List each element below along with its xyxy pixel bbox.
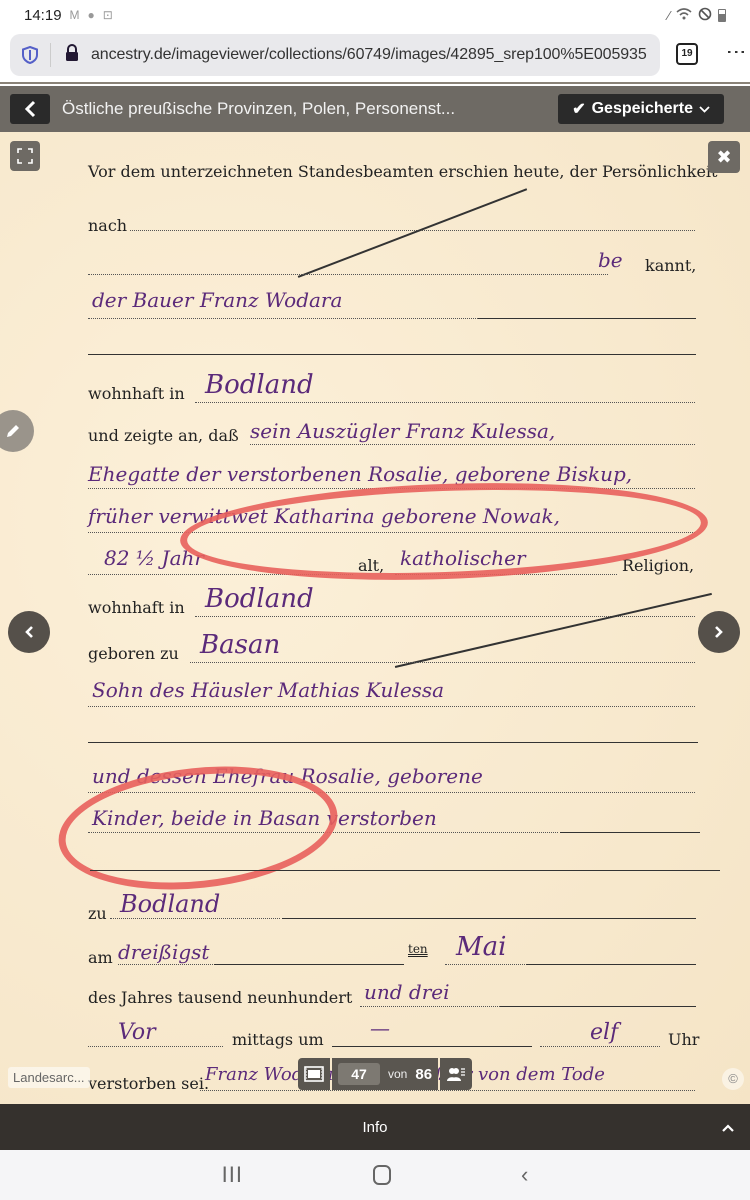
handwriting: und drei bbox=[364, 980, 450, 1004]
browser-toolbar: ancestry.de/imageviewer/collections/6074… bbox=[0, 30, 750, 84]
handwriting: sein Auszügler Franz Kulessa, bbox=[250, 419, 555, 443]
battery-icon bbox=[718, 9, 726, 22]
status-bar: 14:19 M ● ⊡ ∕ bbox=[0, 0, 750, 30]
tab-switcher-button[interactable]: 19 bbox=[676, 43, 698, 65]
dotted-line bbox=[88, 706, 695, 707]
previous-image-button[interactable] bbox=[8, 611, 50, 653]
form-text: Vor dem unterzeichneten Standesbeamten e… bbox=[88, 162, 717, 181]
system-back-button[interactable]: ‹ bbox=[521, 1162, 528, 1188]
index-panel-button[interactable] bbox=[440, 1058, 472, 1090]
url-text[interactable]: ancestry.de/imageviewer/collections/6074… bbox=[91, 46, 647, 64]
form-text: am bbox=[88, 948, 113, 967]
form-text: mittags um bbox=[232, 1030, 324, 1049]
form-text: verstorben sei. bbox=[88, 1074, 209, 1093]
back-button[interactable] bbox=[10, 94, 50, 124]
handwriting: be bbox=[598, 248, 623, 272]
notification-icon: ● bbox=[88, 8, 95, 22]
dotted-line bbox=[88, 318, 478, 319]
solid-line bbox=[526, 964, 696, 965]
form-text: des Jahres tausend neunhundert bbox=[88, 988, 352, 1007]
dotted-line bbox=[360, 1006, 500, 1007]
gmail-icon: M bbox=[70, 8, 80, 22]
clock: 14:19 bbox=[24, 7, 62, 24]
page-indicator: 47 von 86 bbox=[332, 1058, 438, 1090]
filmstrip-icon bbox=[304, 1066, 324, 1082]
pencil-icon bbox=[4, 422, 22, 440]
image-pager: 47 von 86 bbox=[298, 1058, 472, 1090]
pen-icon: ∕ bbox=[668, 8, 670, 23]
collection-title: Östliche preußische Provinzen, Polen, Pe… bbox=[62, 99, 455, 119]
translate-icon: ⊡ bbox=[103, 8, 113, 22]
source-label[interactable]: Landesarc... bbox=[8, 1067, 90, 1088]
dotted-line bbox=[250, 444, 695, 445]
dotted-line bbox=[445, 964, 525, 965]
saved-dropdown-button[interactable]: ✔ Gespeicherte bbox=[558, 94, 724, 124]
solid-line bbox=[332, 1046, 532, 1047]
dotted-line bbox=[88, 1046, 223, 1047]
lock-icon[interactable] bbox=[65, 44, 79, 67]
form-text: zu bbox=[88, 904, 107, 923]
viewer-header: Östliche preußische Provinzen, Polen, Pe… bbox=[0, 86, 750, 132]
dotted-line bbox=[195, 402, 695, 403]
dotted-line bbox=[195, 616, 695, 617]
dotted-line bbox=[540, 1046, 660, 1047]
record-image[interactable]: Vor dem unterzeichneten Standesbeamten e… bbox=[0, 132, 750, 1104]
checkmark-icon: ✔ bbox=[572, 99, 585, 119]
handwriting: Bodland bbox=[120, 890, 220, 918]
form-text: nach bbox=[88, 216, 127, 235]
more-menu-icon[interactable]: ⋮ bbox=[726, 42, 746, 62]
recent-apps-button[interactable]: III bbox=[222, 1162, 243, 1188]
handwriting: Bodland bbox=[205, 584, 314, 614]
solid-line bbox=[282, 918, 696, 919]
handwriting: Sohn des Häusler Mathias Kulessa bbox=[92, 678, 444, 702]
handwriting: Ehegatte der verstorbenen Rosalie, gebor… bbox=[88, 462, 632, 486]
dotted-line bbox=[118, 964, 213, 965]
solid-line bbox=[500, 1006, 696, 1007]
of-label: von bbox=[388, 1067, 407, 1081]
form-text: kannt, bbox=[645, 256, 696, 275]
solid-line bbox=[90, 870, 720, 871]
handwriting: der Bauer Franz Wodara bbox=[92, 288, 342, 312]
dotted-line bbox=[190, 662, 695, 663]
strike-line bbox=[395, 593, 712, 668]
saved-label: Gespeicherte bbox=[592, 100, 693, 118]
dotted-line bbox=[200, 1090, 695, 1091]
solid-line bbox=[214, 964, 404, 965]
next-image-button[interactable] bbox=[698, 611, 740, 653]
people-list-icon bbox=[446, 1066, 466, 1082]
info-label: Info bbox=[362, 1119, 387, 1136]
divider bbox=[50, 43, 51, 67]
form-text: ten bbox=[408, 942, 428, 956]
chevron-up-icon bbox=[722, 1119, 734, 1135]
dotted-line bbox=[88, 274, 608, 275]
expand-icon bbox=[16, 147, 34, 165]
solid-line bbox=[478, 318, 696, 319]
fullscreen-button[interactable] bbox=[10, 141, 40, 171]
android-nav-bar: III ‹ bbox=[0, 1150, 750, 1200]
handwriting: dreißigst bbox=[118, 940, 209, 964]
wifi-icon bbox=[676, 7, 692, 24]
chevron-right-icon bbox=[714, 625, 724, 639]
chevron-down-icon bbox=[699, 102, 710, 116]
form-text: geboren zu bbox=[88, 644, 179, 663]
address-bar[interactable]: ancestry.de/imageviewer/collections/6074… bbox=[10, 34, 660, 76]
shield-icon[interactable] bbox=[10, 46, 50, 64]
tools-button[interactable]: ✖ bbox=[708, 141, 740, 173]
handwriting: elf bbox=[590, 1020, 618, 1045]
solid-line bbox=[560, 832, 700, 833]
wrench-screwdriver-icon: ✖ bbox=[716, 147, 731, 168]
dotted-line bbox=[110, 918, 280, 919]
solid-line bbox=[88, 742, 698, 743]
info-panel-toggle[interactable]: Info bbox=[0, 1104, 750, 1150]
filmstrip-button[interactable] bbox=[298, 1058, 330, 1090]
form-text: Uhr bbox=[668, 1030, 699, 1049]
strike-line bbox=[298, 188, 527, 277]
chevron-left-icon bbox=[24, 625, 34, 639]
handwriting: — bbox=[370, 1016, 390, 1040]
copyright-button[interactable]: © bbox=[722, 1068, 744, 1090]
page-number-input[interactable]: 47 bbox=[338, 1063, 380, 1085]
total-pages: 86 bbox=[415, 1066, 432, 1083]
handwriting: Mai bbox=[456, 932, 506, 962]
dnd-icon bbox=[698, 7, 712, 24]
form-text: wohnhaft in bbox=[88, 598, 185, 617]
form-text: und zeigte an, daß bbox=[88, 426, 239, 445]
handwriting: Vor bbox=[118, 1020, 156, 1045]
form-text: Religion, bbox=[622, 556, 694, 575]
handwriting: Bodland bbox=[205, 370, 314, 400]
solid-line bbox=[88, 354, 696, 355]
form-text: wohnhaft in bbox=[88, 384, 185, 403]
home-button[interactable] bbox=[373, 1165, 391, 1185]
handwriting: Basan bbox=[200, 630, 280, 660]
